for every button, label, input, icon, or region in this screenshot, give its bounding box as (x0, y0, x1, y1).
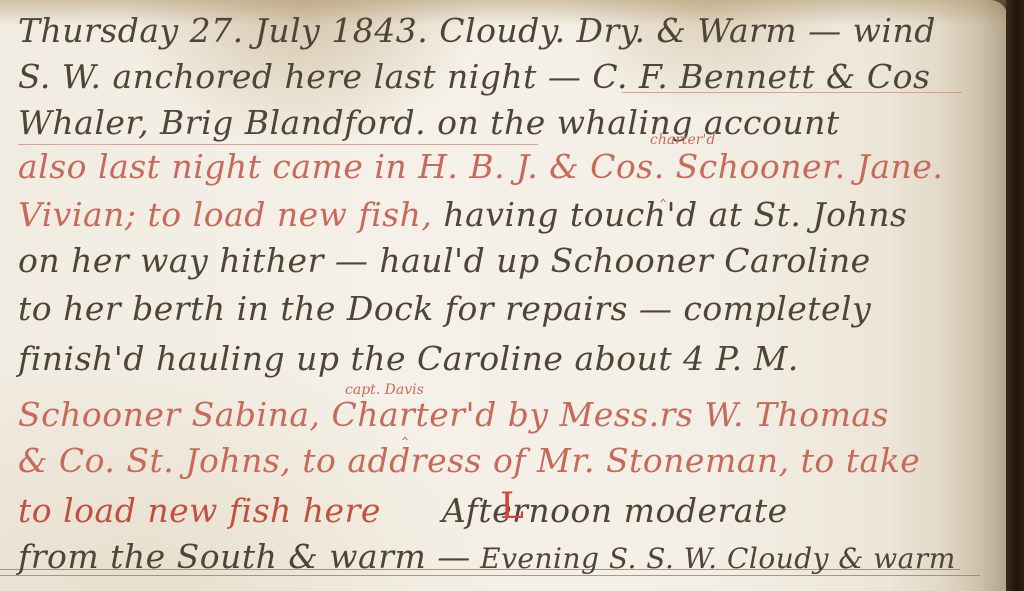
ship-owner-name: C. F. Bennett & Cos (592, 57, 930, 96)
entry-line-8: finish'd hauling up the Caroline about 4… (18, 342, 799, 375)
entry-line-7: to her berth in the Dock for repairs — c… (18, 292, 871, 325)
book-binding-edge (1006, 0, 1024, 591)
line-text: also last night came in H. B. J. & Cos. … (18, 147, 943, 186)
ship-name-blandford: Whaler, Brig Blandford (18, 103, 415, 142)
bracket-mark: L (500, 486, 524, 527)
entry-line-1: Thursday 27. July 1843. Cloudy. Dry. & W… (18, 14, 936, 47)
entry-line-11: to load new fish here Afternoon moderate (18, 494, 788, 527)
entry-line-3: Whaler, Brig Blandford. on the whaling a… (18, 106, 840, 139)
line-text: Evening S. S. W. Cloudy & warm (471, 542, 956, 575)
entry-line-2: S. W. anchored here last night — C. F. B… (18, 60, 930, 93)
entry-line-4: also last night came in H. B. J. & Cos. … (18, 150, 943, 183)
insertion-caret: ‸ (402, 420, 408, 441)
entry-line-10: & Co. St. Johns, to address of Mr. Stone… (18, 444, 920, 477)
line-text: to her berth in the Dock for repairs — c… (18, 289, 871, 328)
line-text: from the South & warm — (18, 537, 471, 576)
line-text: & Co. St. Johns, to address of Mr. Stone… (18, 441, 920, 480)
line-text: to load new fish here (18, 491, 381, 530)
line-text: S. W. anchored here last night — (18, 57, 592, 96)
journal-entry: Thursday 27. July 1843. Cloudy. Dry. & W… (0, 0, 1008, 591)
line-text: having touch'd at St. Johns (443, 195, 907, 234)
line-text: . on the whaling account (415, 103, 840, 142)
manuscript-scan: Thursday 27. July 1843. Cloudy. Dry. & W… (0, 0, 1024, 591)
spacer (381, 491, 392, 530)
entry-line-9: Schooner Sabina, Charter'd by Mess.rs W.… (18, 398, 889, 431)
entry-line-6: on her way hither — haul'd up Schooner C… (18, 244, 871, 277)
line-text: finish'd hauling up the Caroline about 4… (18, 339, 799, 378)
line-text: Schooner Sabina, Charter'd by Mess.rs W.… (18, 395, 889, 434)
line-text: Vivian; to load new fish, (18, 195, 443, 234)
entry-line-12: from the South & warm — Evening S. S. W.… (18, 540, 956, 573)
entry-line-5: Vivian; to load new fish, having touch'd… (18, 198, 907, 231)
line-text: on her way hither — haul'd up Schooner C… (18, 241, 871, 280)
line-text: Afternoon moderate (442, 491, 788, 530)
line-text: Thursday 27. July 1843. Cloudy. Dry. & W… (18, 11, 936, 50)
journal-page: Thursday 27. July 1843. Cloudy. Dry. & W… (0, 0, 1008, 591)
interlinear-chartered: charter'd (650, 132, 715, 148)
